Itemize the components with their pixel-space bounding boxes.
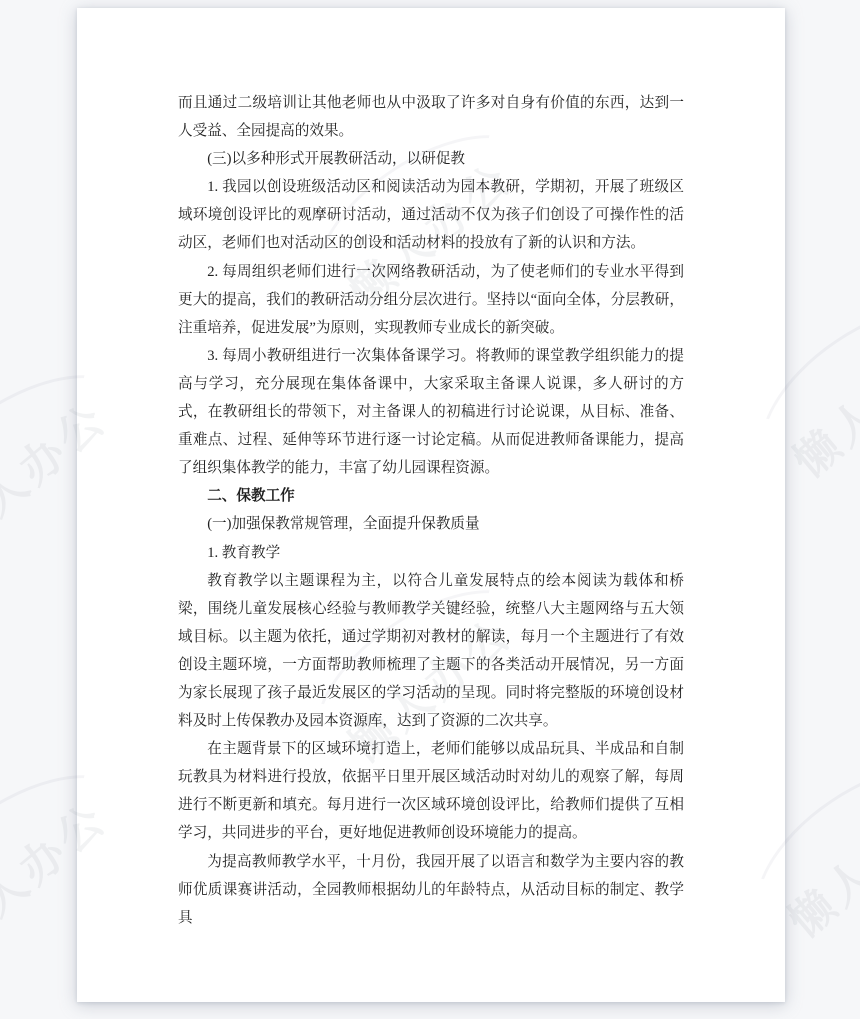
paragraph: 1. 我园以创设班级活动区和阅读活动为园本教研，学期初，开展了班级区域环境创设评… [178, 173, 684, 257]
paragraph: 在主题背景下的区域环境打造上，老师们能够以成品玩具、半成品和自制玩教具为材料进行… [178, 735, 684, 847]
paragraph: 教育教学以主题课程为主，以符合儿童发展特点的绘本阅读为载体和桥梁，围绕儿童发展核… [178, 567, 684, 736]
paragraph: 而且通过二级培训让其他老师也从中汲取了许多对自身有价值的东西，达到一人受益、全园… [178, 89, 684, 145]
paragraph: 2. 每周组织老师们进行一次网络教研活动，为了使老师们的专业水平得到更大的提高，… [178, 258, 684, 342]
document-body: 而且通过二级培训让其他老师也从中汲取了许多对自身有价值的东西，达到一人受益、全园… [178, 89, 684, 932]
paragraph: 为提高教师教学水平，十月份，我园开展了以语言和数学为主要内容的教师优质课赛讲活动… [178, 848, 684, 932]
section-heading: 二、保教工作 [178, 482, 684, 510]
list-item-heading: 1. 教育教学 [178, 539, 684, 567]
watermark: 懒人办公 [772, 774, 860, 949]
watermark: 懒人办公 [777, 314, 860, 489]
section-subheading: (三)以多种形式开展教研活动，以研促教 [178, 145, 684, 173]
section-subheading: (一)加强保教常规管理，全面提升保教质量 [178, 510, 684, 538]
paragraph: 3. 每周小教研组进行一次集体备课学习。将教师的课堂教学组织能力的提高与学习，充… [178, 342, 684, 482]
document-viewer: { "watermark": { "text": "懒人办公" }, "colo… [0, 0, 860, 1019]
document-page: 而且通过二级培训让其他老师也从中汲取了许多对自身有价值的东西，达到一人受益、全园… [77, 8, 785, 1002]
